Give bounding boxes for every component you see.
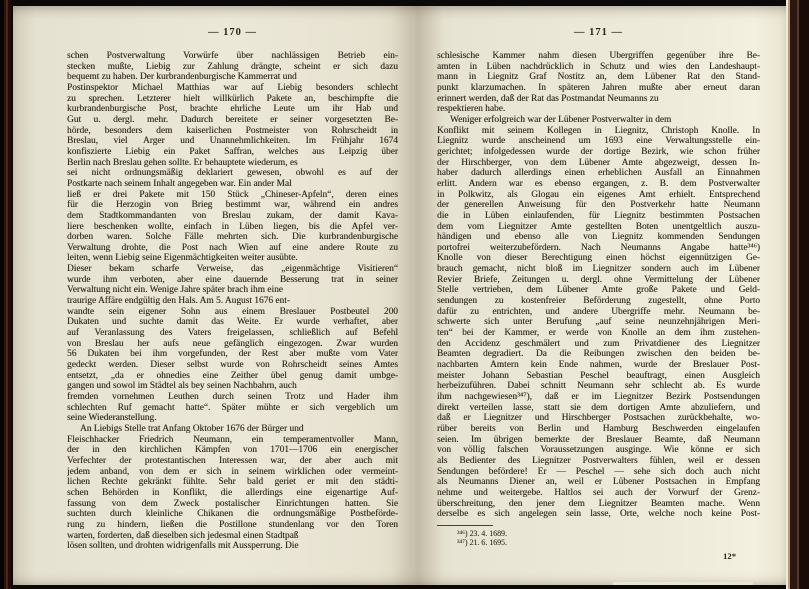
text-line: ihm nachgewiesen³⁴⁷), daß er im Liegnitz… [437,392,760,403]
text-line: sendungen zu kostenfreier Beförderung zu… [437,296,760,307]
text-line: die in Lüben einlaufenden, für Liegnitz … [437,211,760,222]
text-line: An Liebigs Stelle trat Anfang Oktober 16… [67,424,398,435]
text-line: Verwaltung nicht ein. Wenige Jahre späte… [67,285,398,296]
page-left-text-block: schen Postverwaltung Vorwürfe über nachl… [67,51,398,552]
text-line: gangen und sowol im Städtel als bey sein… [67,381,398,392]
text-line: Weniger erfolgreich war der Lübener Post… [437,115,760,126]
paragraph-continuation: schlesische Kammer nahm diesen Übergriff… [437,51,760,115]
text-line: Stelle vertrieben, dem Lübener Amte groß… [437,285,760,296]
text-line: portofrei weiterzubefördern. Nach Neuman… [437,243,760,254]
text-line: den Accidenz geschmälert und zum Privatd… [437,339,760,350]
text-line: für die Herzogin von Brieg bestimmt war,… [67,200,398,211]
text-line: seien. Im übrigen bemerkte der Breslauer… [437,435,760,446]
text-line: respektieren habe. [437,104,760,115]
text-line: dafür zu entrichten, und andere Übergrif… [437,307,760,318]
paragraph: Weniger erfolgreich war der Lübener Post… [437,115,760,520]
book-spread: — 170 — schen Postverwaltung Vorwürfe üb… [13,6,786,585]
text-line: als Bedienter des Liegnitzer Postverwalt… [437,456,760,467]
text-line: seine Wiederanstellung. [67,413,398,424]
text-line: Sendungen befördere! Er — Peschel — sehe… [437,467,760,478]
text-line: suchten durch kleinliche Chikanen die or… [67,509,398,520]
text-line: Revier Briefe, Zeitungen u. dergl. ohne … [437,275,760,286]
text-line: kurbrandenburgische Post, brachte ehrlic… [67,104,398,115]
text-line: als Neumanns Diener an, weil er Lübener … [437,477,760,488]
text-line: nehme und weitergebe. Haltlos sei auch d… [437,488,760,499]
text-line: amten in Lüben nachdrücklich in Schutz u… [437,62,760,73]
text-line: der generellen Anweisung für den Postver… [437,200,760,211]
paragraph-continuation: schen Postverwaltung Vorwürfe über nachl… [67,51,398,424]
text-line: Gut u. dergl. mehr. Dadurch bereitete er… [67,115,398,126]
text-line: Verfechter der protestantischen Interess… [67,456,398,467]
text-line: fremden vornehmen Leuthen durch seinen T… [67,392,398,403]
paragraph: An Liebigs Stelle trat Anfang Oktober 16… [67,424,398,552]
text-line: schen Behörden in Konflikt, die allerdin… [67,488,398,499]
text-line: in Polkwitz, als Glogau ein eigenes Amt … [437,190,760,201]
text-line: lichen Rechte gekränkt fühlte. Sehr bald… [67,477,398,488]
text-line: direkt verteilen lasse, statt sie dem do… [437,403,760,414]
text-line: rung zu hindern, ließen die Postillone s… [67,520,398,531]
page-right: — 171 — schlesische Kammer nahm diesen Ü… [437,6,760,585]
text-line: daß er Liegnitzer und Hirschberger Posts… [437,413,760,424]
text-line: Fleischhacker Friedrich Neumann, ein tem… [67,435,398,446]
text-line: bequemt zu haben. Der kurbrandenburgisch… [67,72,398,83]
text-line: herbeizuführen. Dabei schnitt Neumann se… [437,381,760,392]
text-line: von Breslau her aufs neue gefänglich ein… [67,339,398,350]
text-line: brauch gemacht, nicht bloß im Liegnitzer… [437,264,760,275]
book-spine-shadow [391,6,443,585]
text-line: warten, forderten, daß dieselben sich je… [67,531,398,542]
text-line: Liegnitz wurde anscheinend um 1693 eine … [437,136,760,147]
text-line: Breslau, viel Ärger und Unannehmlichkeit… [67,136,398,147]
text-line: zu sprechen. Letzterer hielt willkürlich… [67,94,398,105]
text-line: wandte sein eigener Sohn aus einem Bresl… [67,307,398,318]
text-line: leiten, wenn Liebig seine Eigenmächtigke… [67,253,398,264]
text-line: Postkarte nach seinem Inhalt angegeben w… [67,179,398,190]
text-line: entsetzt, „da er ohnedies eine Zeither ü… [67,371,398,382]
text-line: überschreitung, den jener dem Liegnitzer… [437,499,760,510]
text-line: nachbarten Ämtern kein Ende nahmen, wurd… [437,360,760,371]
text-line: Beamten degradiert. Da die Reibungen zwi… [437,349,760,360]
text-line: erinnert werden, daß der Rat das Postman… [437,94,760,105]
page-right-text-block: schlesische Kammer nahm diesen Übergriff… [437,51,760,561]
text-line: schlechten Ruf gemacht hatte“. Später mü… [67,403,398,414]
text-line: hörde, besonders dem kaiserlichen Postme… [67,126,398,137]
signature-mark: 12* [437,551,760,561]
page-left: — 170 — schen Postverwaltung Vorwürfe üb… [67,6,398,585]
book-scan: — 170 — schen Postverwaltung Vorwürfe üb… [0,0,809,589]
text-line: haber dadurch allerdings einen erheblich… [437,168,760,179]
page-number-right: — 171 — [437,27,760,38]
text-line: dem vom Liegnitzer Amte gestellten Boten… [437,222,760,233]
footnote-divider [437,525,493,526]
text-line: schwerte sich unter Berufung „auf seine … [437,317,760,328]
footnote: ³⁴⁷) 21. 6. 1695. [437,538,760,548]
text-line: der Hirschberger, von dem Lübener Amte a… [437,158,760,169]
text-line: Knolle von dieser Berechtigung einen höc… [437,253,760,264]
text-line: gerichtet; infolgedessen wurde der dorti… [437,147,760,158]
text-line: punkt klarzumachen. In späteren Jahren m… [437,83,760,94]
text-line: dorben waren. Solche Fälle mehrten sich.… [67,232,398,243]
text-line: jedem anband, von dem er sich in seinem … [67,467,398,478]
text-line: Dukaten und suchte damit das Weite. Er w… [67,317,398,328]
text-line: ten“ bei der Kammer, er werde von Knolle… [437,328,760,339]
text-line: sei nicht ordnungsmäßig deklariert gewes… [67,168,398,179]
text-line: derselbe es sich angelegen sein lasse, O… [437,509,760,520]
text-line: rüber bereits von Berlin und Hamburg Bes… [437,424,760,435]
text-line: mann in Liegnitz Graf Nostitz an, dem Lü… [437,72,760,83]
text-line: ließ er drei Pakete mit 150 Stück „Chine… [67,190,398,201]
text-line: schen Postverwaltung Vorwürfe über nachl… [67,51,398,62]
text-line: von völlig falschen Voraussetzungen ausg… [437,445,760,456]
text-line: Konflikt mit seinem Kollegen in Liegnitz… [437,126,760,137]
footnote: ³⁴⁶) 23. 4. 1689. [437,529,760,539]
text-line: Verwaltung drohte, die Post nach Wien au… [67,243,398,254]
text-line: dem Stadtkommandanten von Breslau zukam,… [67,211,398,222]
text-line: meister Johann Sebastian Peschel beauftr… [437,371,760,382]
text-line: traurige Affäre endgültig den Hals. Am 5… [67,296,398,307]
text-line: händigen und ebenso alle von Liegnitz ko… [437,232,760,243]
text-line: auf Veranlassung des Vaters freigelassen… [67,328,398,339]
book-cover-edge-left [0,0,13,589]
page-number-left: — 170 — [67,27,398,38]
text-line: Berlin nach Breslau gehen sollte. Er beh… [67,158,398,169]
text-line: liere beschenken wollte, einfach in Lübe… [67,222,398,233]
text-line: stecken mußte, Liebig zur Zahlung drängt… [67,62,398,73]
text-line: schlesische Kammer nahm diesen Übergriff… [437,51,760,62]
text-line: wurde ihm verboten, aber eine dauernde B… [67,275,398,286]
text-line: lösen sollten, und drohten widrigenfalls… [67,541,398,552]
text-line: der in den kirchlichen Kämpfen von 1701—… [67,445,398,456]
text-line: 56 Dukaten bei ihm vorgefunden, der Rest… [67,349,398,360]
text-line: Dieser bekam scharfe Verweise, das „eige… [67,264,398,275]
text-line: gedeckt werden. Dieser selbst wurde von … [67,360,398,371]
text-line: erlitt. Andern war es ebenso ergangen, z… [437,179,760,190]
book-page-edges-right [786,0,809,589]
text-line: fassung von dem Zweck postalischer Einri… [67,499,398,510]
text-line: konfiszierte Liebig ein Paket Saffran, w… [67,147,398,158]
text-line: Postinspektor Michael Matthias war auf L… [67,83,398,94]
